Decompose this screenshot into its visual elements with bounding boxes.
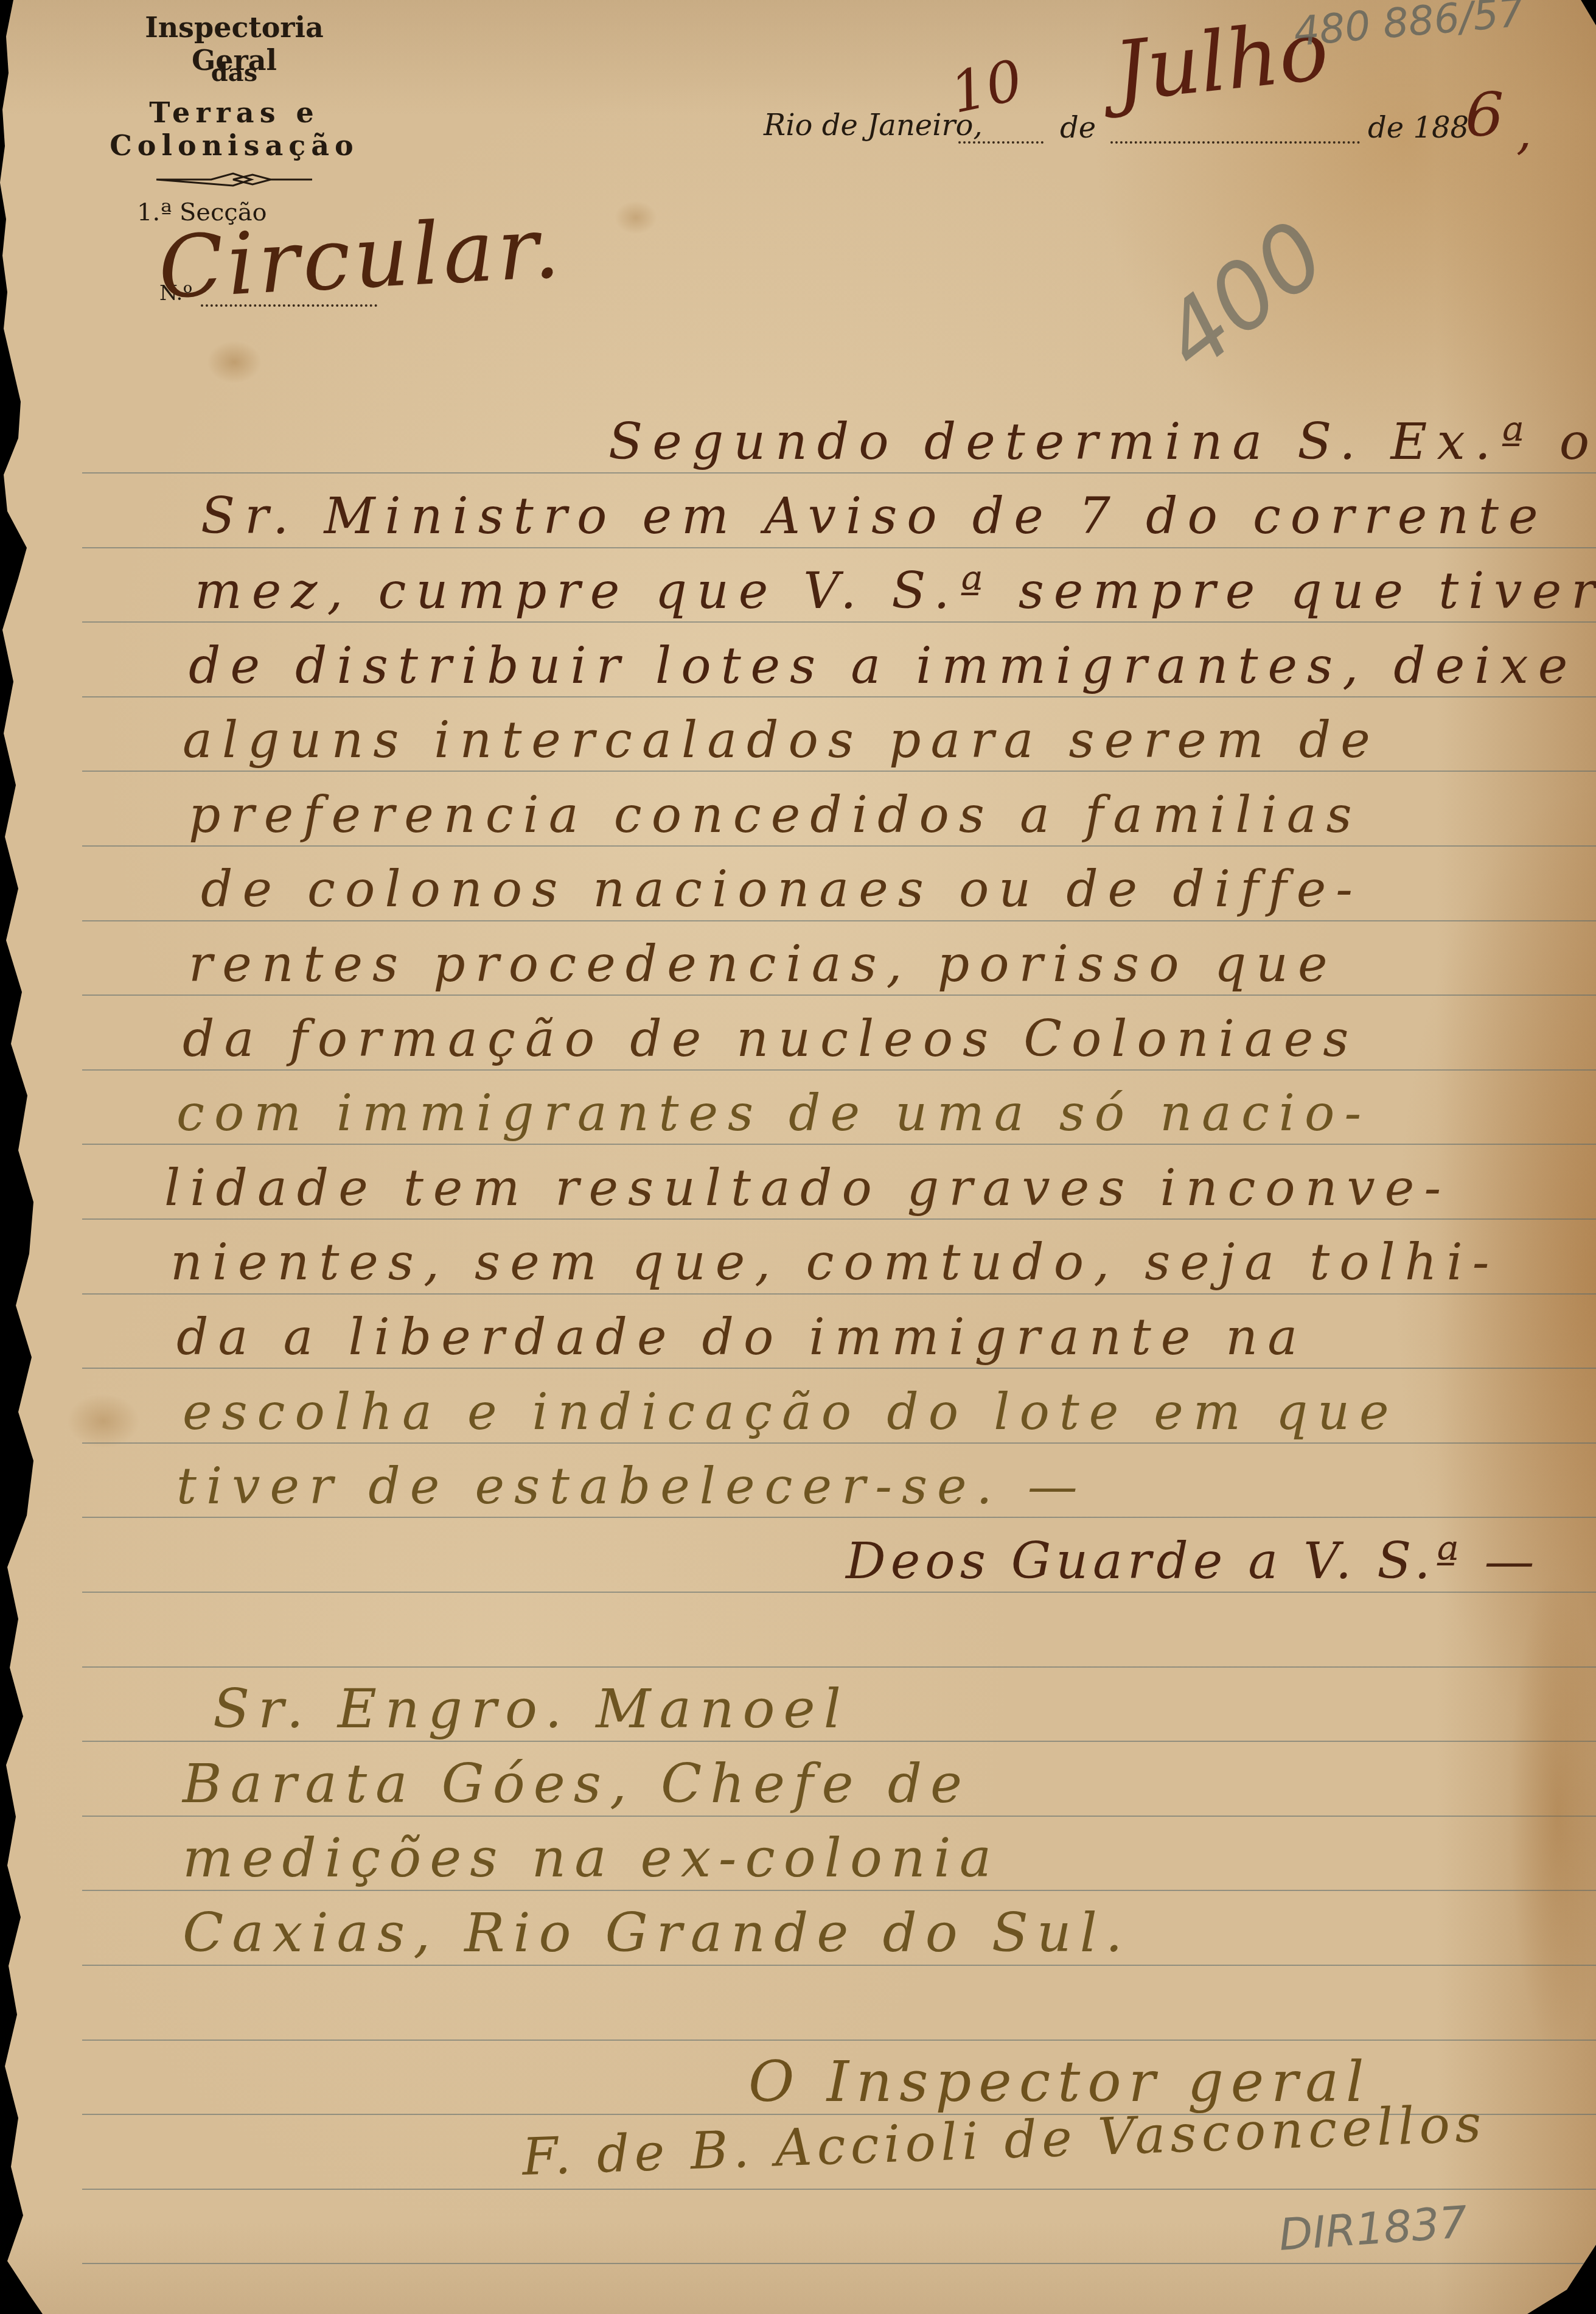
valediction: Deos Guarde a V. S.ª — [846, 1532, 1539, 1592]
addressee-line: Caxias, Rio Grande do Sul. [183, 1901, 1131, 1965]
stain [615, 201, 657, 234]
body-line: lidade tem resultado graves inconve- [164, 1159, 1451, 1218]
letterhead-line2: das [110, 58, 359, 87]
ornament-divider [155, 169, 313, 190]
addressee-line: medições na ex-colonia [183, 1826, 1000, 1890]
dateline-dotted-1 [958, 141, 1044, 144]
dateline-dotted-2 [1110, 141, 1360, 144]
body-line: Segundo determina S. Ex.ª o [608, 413, 1596, 472]
dateline-de1: de [1060, 111, 1096, 145]
body-line: mez, cumpre que V. S.ª sempre que tiver [195, 562, 1596, 621]
body-line: de colonos nacionaes ou de diffe- [201, 860, 1362, 920]
addressee-line: Sr. Engro. Manoel [213, 1677, 849, 1741]
body-line: escolha e indicação do lote em que [183, 1383, 1399, 1442]
body-line: nientes, sem que, comtudo, seja tolhi- [170, 1233, 1499, 1293]
pencil-body-number: 400 [1143, 201, 1345, 392]
scanned-document: { "letterhead": { "line1": "Inspectoria … [0, 0, 1596, 2314]
body-line: da a liberdade do immigrante na [176, 1308, 1307, 1368]
body-line: da formação de nucleos Coloniaes [183, 1010, 1358, 1069]
body-line: rentes procedencias, porisso que [189, 935, 1337, 994]
body-line: tiver de estabelecer-se. — [176, 1457, 1087, 1517]
dateline-place: Rio de Janeiro, [764, 108, 983, 142]
letterhead-line3: Terras e Colonisação [55, 96, 414, 162]
dateline-comma: , [1516, 103, 1532, 160]
dateline-de2: de 188 [1368, 111, 1469, 145]
addressee-line: Barata Góes, Chefe de [183, 1752, 970, 1816]
doc-type-heading: Circular. [156, 198, 565, 318]
body-line: alguns intercalados para serem de [183, 711, 1380, 771]
dateline-year-digit: 6 [1465, 79, 1504, 150]
pencil-reference-number: 480 886/57 [1292, 0, 1525, 55]
body-line: Sr. Ministro em Aviso de 7 do corrente [201, 487, 1547, 547]
body-line: preferencia concedidos a familias [189, 786, 1362, 845]
paper-sheet: Inspectoria Geral das Terras e Colonisaç… [0, 0, 1596, 2314]
body-line: com immigrantes de uma só nacio- [176, 1084, 1371, 1144]
stain [207, 341, 262, 383]
body-line: de distribuir lotes a immigrantes, deixe [189, 637, 1577, 696]
dateline-day: 10 [945, 47, 1028, 126]
